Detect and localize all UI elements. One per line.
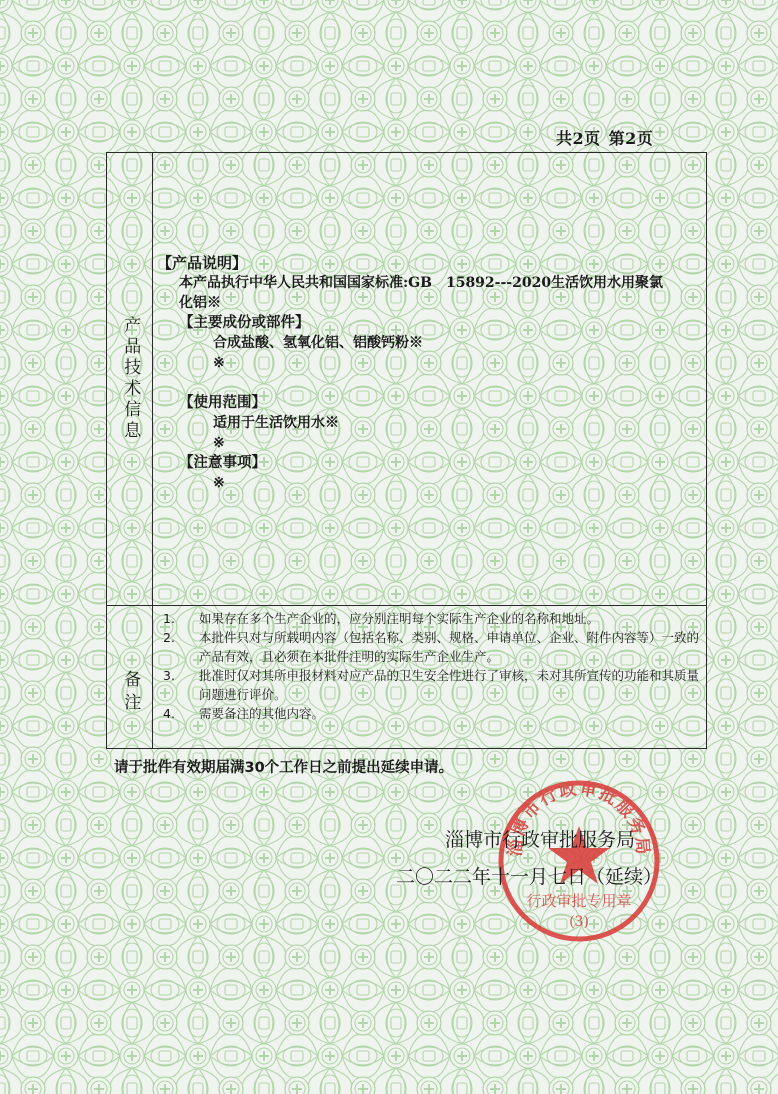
issuer-name: 淄博市行政审批服务局	[445, 825, 635, 852]
seal-number: (3)	[569, 914, 589, 930]
main-components-title: 【主要成份或部件】	[179, 313, 702, 333]
product-tech-info-label: 产品技术信息	[107, 309, 152, 449]
remarks-list: 1. 如果存在多个生产企业的，应分别注明每个实际生产企业的名称和地址。 2. 本…	[157, 609, 707, 723]
page-count: 共2页第2页	[556, 126, 661, 149]
page-current: 第2页	[609, 129, 654, 148]
usage-scope-title: 【使用范围】	[179, 393, 702, 413]
remark-text: 批准时仅对其所申报材料对应产品的卫生安全性进行了审核，未对其所宣传的功能和其质量…	[199, 666, 707, 704]
remark-text: 需要备注的其他内容。	[199, 704, 707, 723]
column-divider	[152, 153, 153, 748]
usage-scope-line: 适用于生活饮用水※	[213, 413, 702, 433]
product-description-line: 化铝※	[179, 293, 702, 313]
remark-number: 4.	[157, 704, 199, 723]
precautions-title: 【注意事项】	[179, 453, 702, 473]
remark-text: 本批件只对与所载明内容（包括名称、类别、规格、申请单位、企业、附件内容等）一致的…	[199, 628, 707, 666]
approval-table: 产品技术信息 备注 【产品说明】 本产品执行中华人民共和国国家标准:GB 158…	[106, 152, 707, 749]
seal-bottom-text: 行政审批专用章	[526, 892, 631, 910]
page-total: 共2页	[556, 129, 601, 148]
remark-number: 1.	[157, 609, 199, 628]
precautions-line: ※	[213, 473, 702, 493]
usage-scope-line: ※	[213, 433, 702, 453]
remark-number: 3.	[157, 666, 199, 704]
remark-item: 3. 批准时仅对其所申报材料对应产品的卫生安全性进行了审核，未对其所宣传的功能和…	[157, 666, 707, 704]
product-description-title: 【产品说明】	[157, 253, 702, 273]
validity-notice: 请于批件有效期届满30个工作日之前提出延续申请。	[114, 756, 453, 777]
official-seal-stamp: 淄博市行政审批服务局 行政审批专用章 (3)	[494, 776, 664, 946]
remark-item: 4. 需要备注的其他内容。	[157, 704, 707, 723]
product-tech-info-content: 【产品说明】 本产品执行中华人民共和国国家标准:GB 15892---2020生…	[157, 253, 702, 493]
issue-date: 二〇二二年十一月七日（延续）	[396, 862, 662, 889]
remark-text: 如果存在多个生产企业的，应分别注明每个实际生产企业的名称和地址。	[199, 609, 707, 628]
remark-item: 1. 如果存在多个生产企业的，应分别注明每个实际生产企业的名称和地址。	[157, 609, 707, 628]
row-divider	[107, 605, 706, 606]
remark-item: 2. 本批件只对与所载明内容（包括名称、类别、规格、申请单位、企业、附件内容等）…	[157, 628, 707, 666]
product-description-line: 本产品执行中华人民共和国国家标准:GB 15892---2020生活饮用水用聚氯	[179, 273, 702, 293]
main-components-line: 合成盐酸、氢氧化铝、铝酸钙粉※	[213, 333, 702, 353]
main-components-line: ※	[213, 353, 702, 373]
remarks-label: 备注	[107, 663, 152, 723]
remark-number: 2.	[157, 628, 199, 666]
